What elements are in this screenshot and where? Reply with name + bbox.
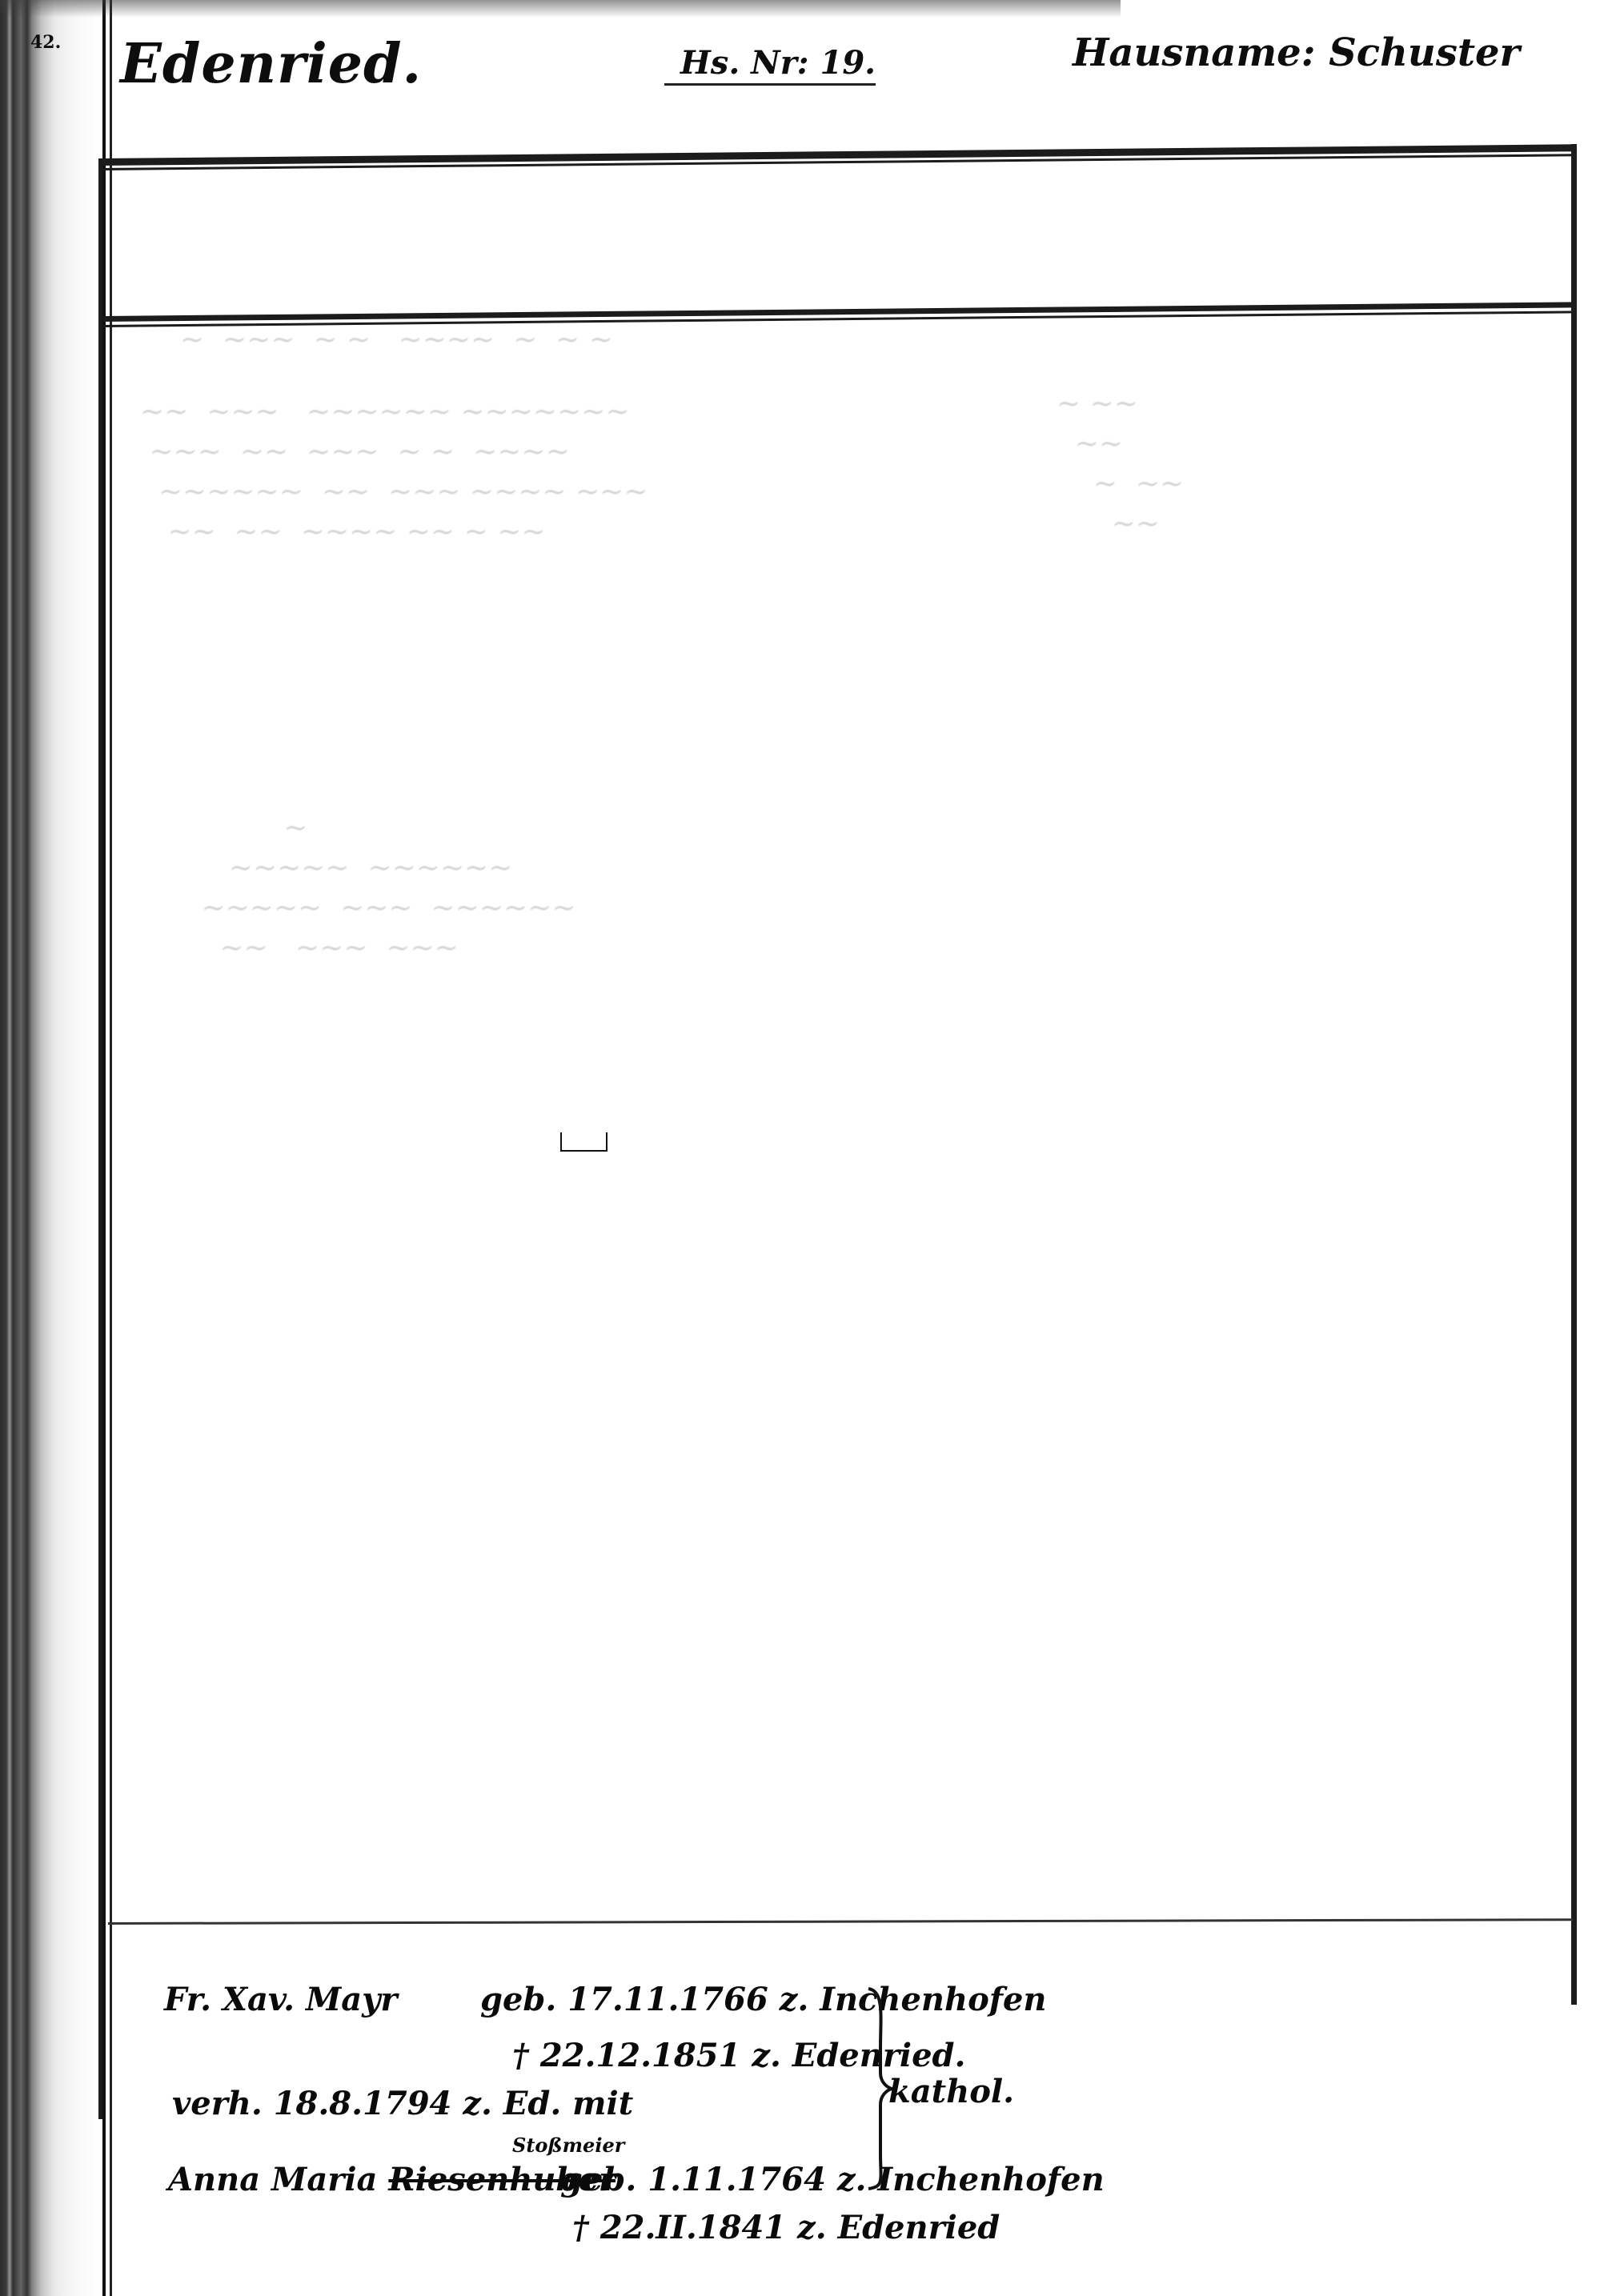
- wife-name: Anna Maria Riesenhuber Stoßmeier: [168, 2161, 616, 2198]
- wife-death: † 22.II.1841 z. Edenried: [572, 2209, 1000, 2246]
- frame-left-rule: [98, 158, 102, 2119]
- bleed-through-text: ~~ ~~~ ~~~~~~ ~~~~~~~ ~~~ ~~ ~~~ ~ ~ ~~~…: [140, 392, 648, 552]
- bleed-through-text: ~ ~~~ ~ ~ ~~~~ ~ ~ ~: [180, 320, 613, 360]
- frame-right-rule: [1571, 144, 1577, 2005]
- house-name: Hausname: Schuster: [1073, 30, 1520, 75]
- husband-death: † 22.12.1851 z. Edenried.: [512, 2037, 965, 2074]
- husband-birth: geb. 17.11.1766 z. Inchenhofen: [480, 1981, 1047, 2018]
- page-number: 42.: [30, 32, 61, 53]
- bleed-through-text: ~ ~~~~~ ~~~~~~ ~~~~~ ~~~ ~~~~~~ ~~ ~~~ ~…: [192, 808, 576, 968]
- wife-given-names: Anna Maria: [168, 2161, 377, 2198]
- frame-bottom-divider: [108, 1918, 1573, 1925]
- stray-pen-mark: [560, 1132, 608, 1152]
- wife-surname-correction: Stoßmeier: [512, 2134, 624, 2157]
- wife-birth: geb. 1.11.1764 z. Inchenhofen: [560, 2161, 1105, 2198]
- book-binding-gutter: [0, 0, 100, 2296]
- marriage-record: verh. 18.8.1794 z. Ed. mit: [172, 2085, 633, 2122]
- religion-label: kathol.: [888, 2073, 1014, 2110]
- house-number: Hs. Nr: 19.: [664, 44, 876, 86]
- village-name: Edenried.: [120, 32, 422, 96]
- scan-shadow: [0, 0, 1121, 18]
- bleed-through-text: ~ ~~ ~~ ~ ~~ ~~: [1057, 384, 1184, 544]
- husband-name: Fr. Xav. Mayr: [164, 1981, 397, 2018]
